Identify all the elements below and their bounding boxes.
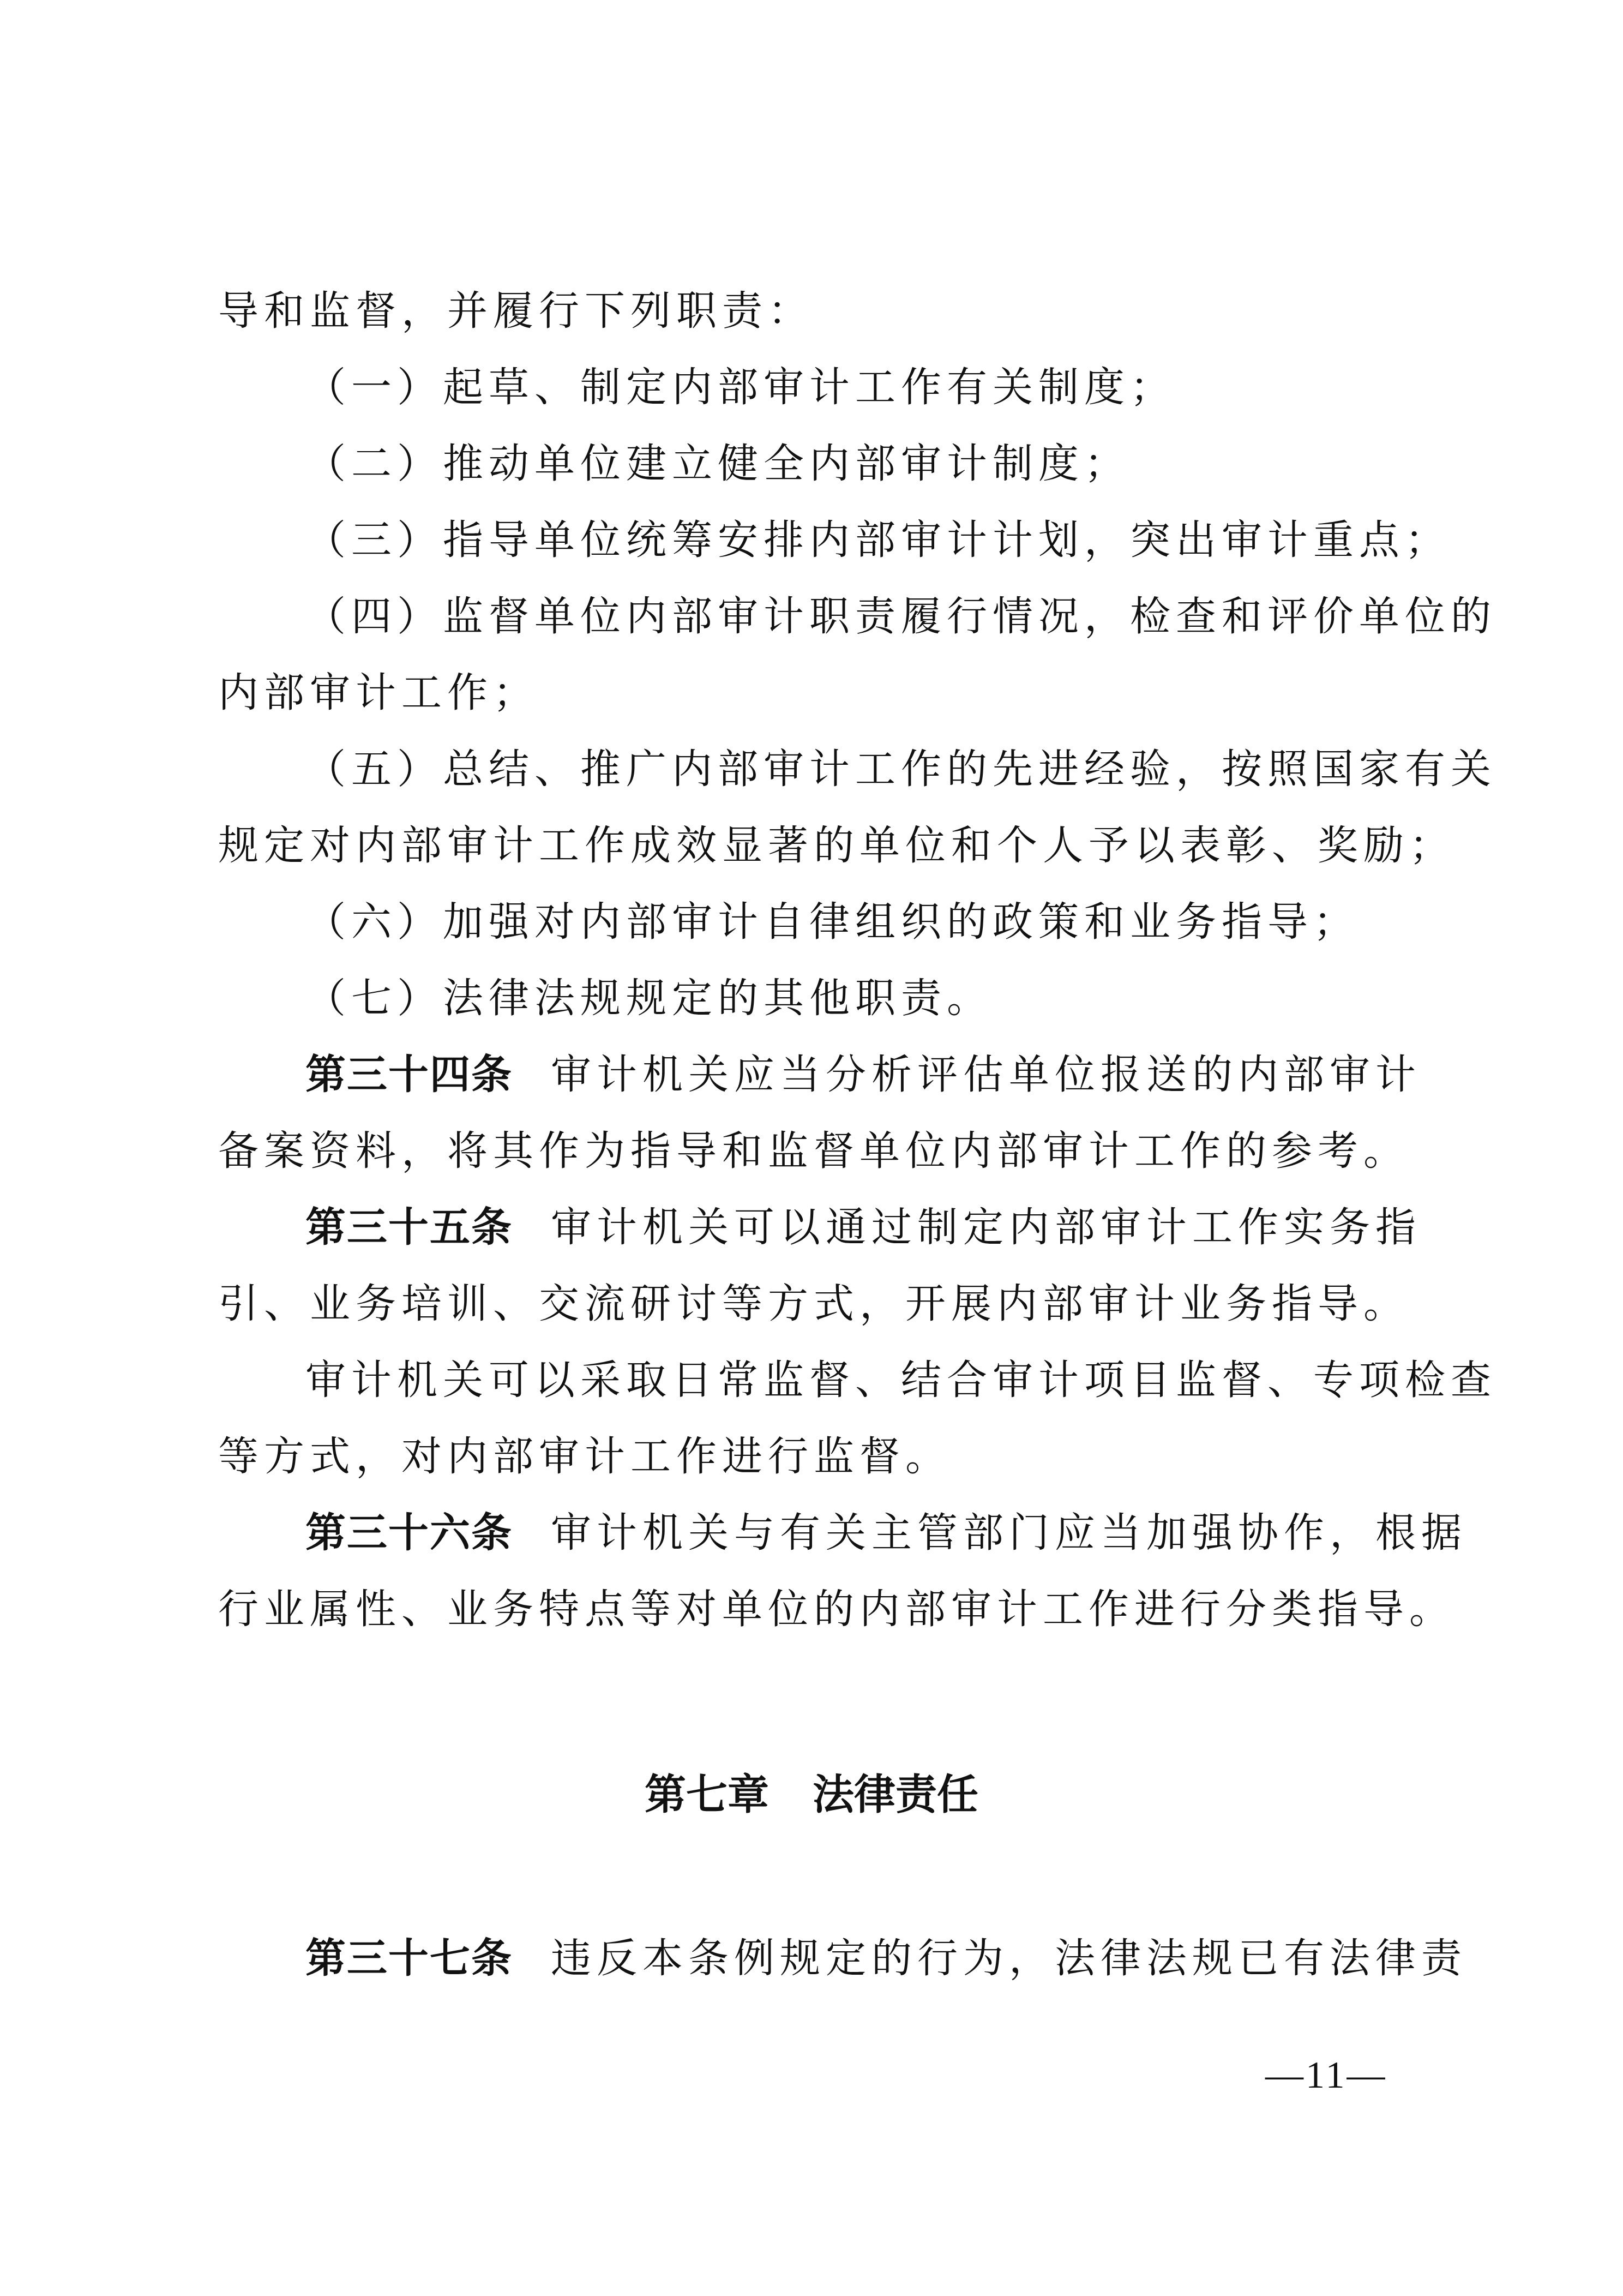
duty-item-5-cont: 规定对内部审计工作成效显著的单位和个人予以表彰、奖励； (218, 818, 1455, 873)
duty-item-2: （二）推动单位建立健全内部审计制度； (305, 436, 1130, 491)
page-number: —11— (1265, 2051, 1387, 2100)
duty-item-5: （五）总结、推广内部审计工作的先进经验，按照国家有关 (305, 742, 1496, 796)
article-37-text: 违反本条例规定的行为，法律法规已有法律责 (551, 1935, 1467, 1982)
article-36: 第三十六条审计机关与有关主管部门应当加强协作，根据 (305, 1506, 1467, 1560)
article-35-cont: 引、业务培训、交流研讨等方式，开展内部审计业务指导。 (218, 1276, 1409, 1331)
duty-item-3: （三）指导单位统筹安排内部审计计划，突出审计重点； (305, 513, 1451, 567)
article-35-para2-cont: 等方式，对内部审计工作进行监督。 (218, 1429, 951, 1484)
article-37-label: 第三十七条 (305, 1935, 513, 1982)
article-35-label: 第三十五条 (305, 1204, 513, 1251)
duty-item-4-cont: 内部审计工作； (218, 666, 539, 720)
chapter-heading: 第七章法律责任 (0, 1767, 1623, 1822)
duty-item-6: （六）加强对内部审计自律组织的政策和业务指导； (305, 895, 1359, 949)
article-36-cont: 行业属性、业务特点等对单位的内部审计工作进行分类指导。 (218, 1582, 1455, 1636)
article-34-cont: 备案资料，将其作为指导和监督单位内部审计工作的参考。 (218, 1124, 1409, 1178)
article-34-text: 审计机关应当分析评估单位报送的内部审计 (551, 1051, 1421, 1098)
duty-item-7: （七）法律法规规定的其他职责。 (305, 971, 993, 1026)
article-35: 第三十五条审计机关可以通过制定内部审计工作实务指 (305, 1200, 1421, 1255)
article-34-label: 第三十四条 (305, 1051, 513, 1098)
duty-item-1: （一）起草、制定内部审计工作有关制度； (305, 360, 1176, 415)
chapter-number: 第七章 (645, 1770, 769, 1819)
article-36-text: 审计机关与有关主管部门应当加强协作，根据 (551, 1509, 1467, 1556)
article-34: 第三十四条审计机关应当分析评估单位报送的内部审计 (305, 1047, 1421, 1102)
duty-item-4: （四）监督单位内部审计职责履行情况，检查和评价单位的 (305, 589, 1496, 644)
document-page: 导和监督，并履行下列职责： （一）起草、制定内部审计工作有关制度； （二）推动单… (0, 0, 1623, 2296)
article-36-label: 第三十六条 (305, 1509, 513, 1556)
text-line: 导和监督，并履行下列职责： (218, 284, 814, 338)
article-35-text: 审计机关可以通过制定内部审计工作实务指 (551, 1204, 1421, 1251)
chapter-title: 法律责任 (813, 1770, 978, 1819)
article-37: 第三十七条违反本条例规定的行为，法律法规已有法律责 (305, 1931, 1467, 1986)
article-35-para2: 审计机关可以采取日常监督、结合审计项目监督、专项检查 (305, 1353, 1496, 1407)
